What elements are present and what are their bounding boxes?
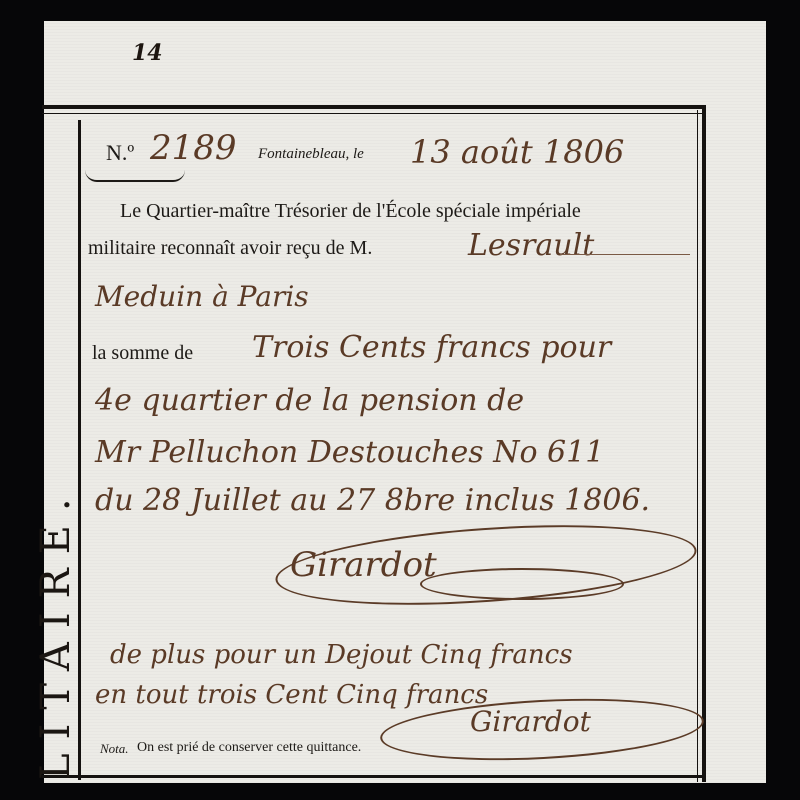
addendum-line-1: de plus pour un Dejout Cinq francs bbox=[110, 640, 573, 670]
intro-line-1: Le Quartier-maître Trésorier de l'École … bbox=[120, 200, 581, 223]
border-left-inner bbox=[78, 120, 81, 780]
receipt-number: 2189 bbox=[150, 128, 237, 168]
number-brace bbox=[85, 170, 185, 182]
side-printed-text: LITAIRE. bbox=[36, 400, 76, 780]
intro-line-2: militaire reconnaît avoir reçu de M. bbox=[88, 237, 372, 260]
signature-flourish-inner bbox=[420, 568, 624, 600]
sum-label: la somme de bbox=[92, 342, 193, 365]
receipt-number-label: N.º bbox=[106, 140, 134, 166]
payer-name: Lesrault bbox=[468, 228, 594, 263]
addendum-line-2: en tout trois Cent Cinq francs bbox=[95, 680, 488, 710]
handwritten-line-3: Mr Pelluchon Destouches No 611 bbox=[95, 435, 604, 470]
payer-line-2: Meduin à Paris bbox=[95, 280, 309, 313]
border-bottom bbox=[42, 775, 702, 778]
place-label: Fontainebleau, le bbox=[258, 146, 364, 163]
page-number: 14 bbox=[132, 40, 163, 66]
border-right-thin bbox=[697, 110, 698, 782]
border-top-thick bbox=[42, 105, 706, 109]
handwritten-line-2: 4e quartier de la pension de bbox=[95, 383, 524, 418]
signature-2: Girardot bbox=[470, 705, 591, 738]
handwritten-line-1: Trois Cents francs pour bbox=[252, 330, 611, 365]
handwritten-line-4: du 28 Juillet au 27 8bre inclus 1806. bbox=[95, 483, 650, 518]
border-right-thick bbox=[702, 108, 706, 782]
payer-underline bbox=[560, 254, 690, 255]
border-top-thin bbox=[42, 113, 706, 114]
signature: Girardot bbox=[290, 545, 437, 585]
nota-label: Nota. bbox=[100, 741, 129, 757]
nota-text: On est prié de conserver cette quittance… bbox=[137, 740, 361, 756]
receipt-date: 13 août 1806 bbox=[410, 133, 624, 171]
